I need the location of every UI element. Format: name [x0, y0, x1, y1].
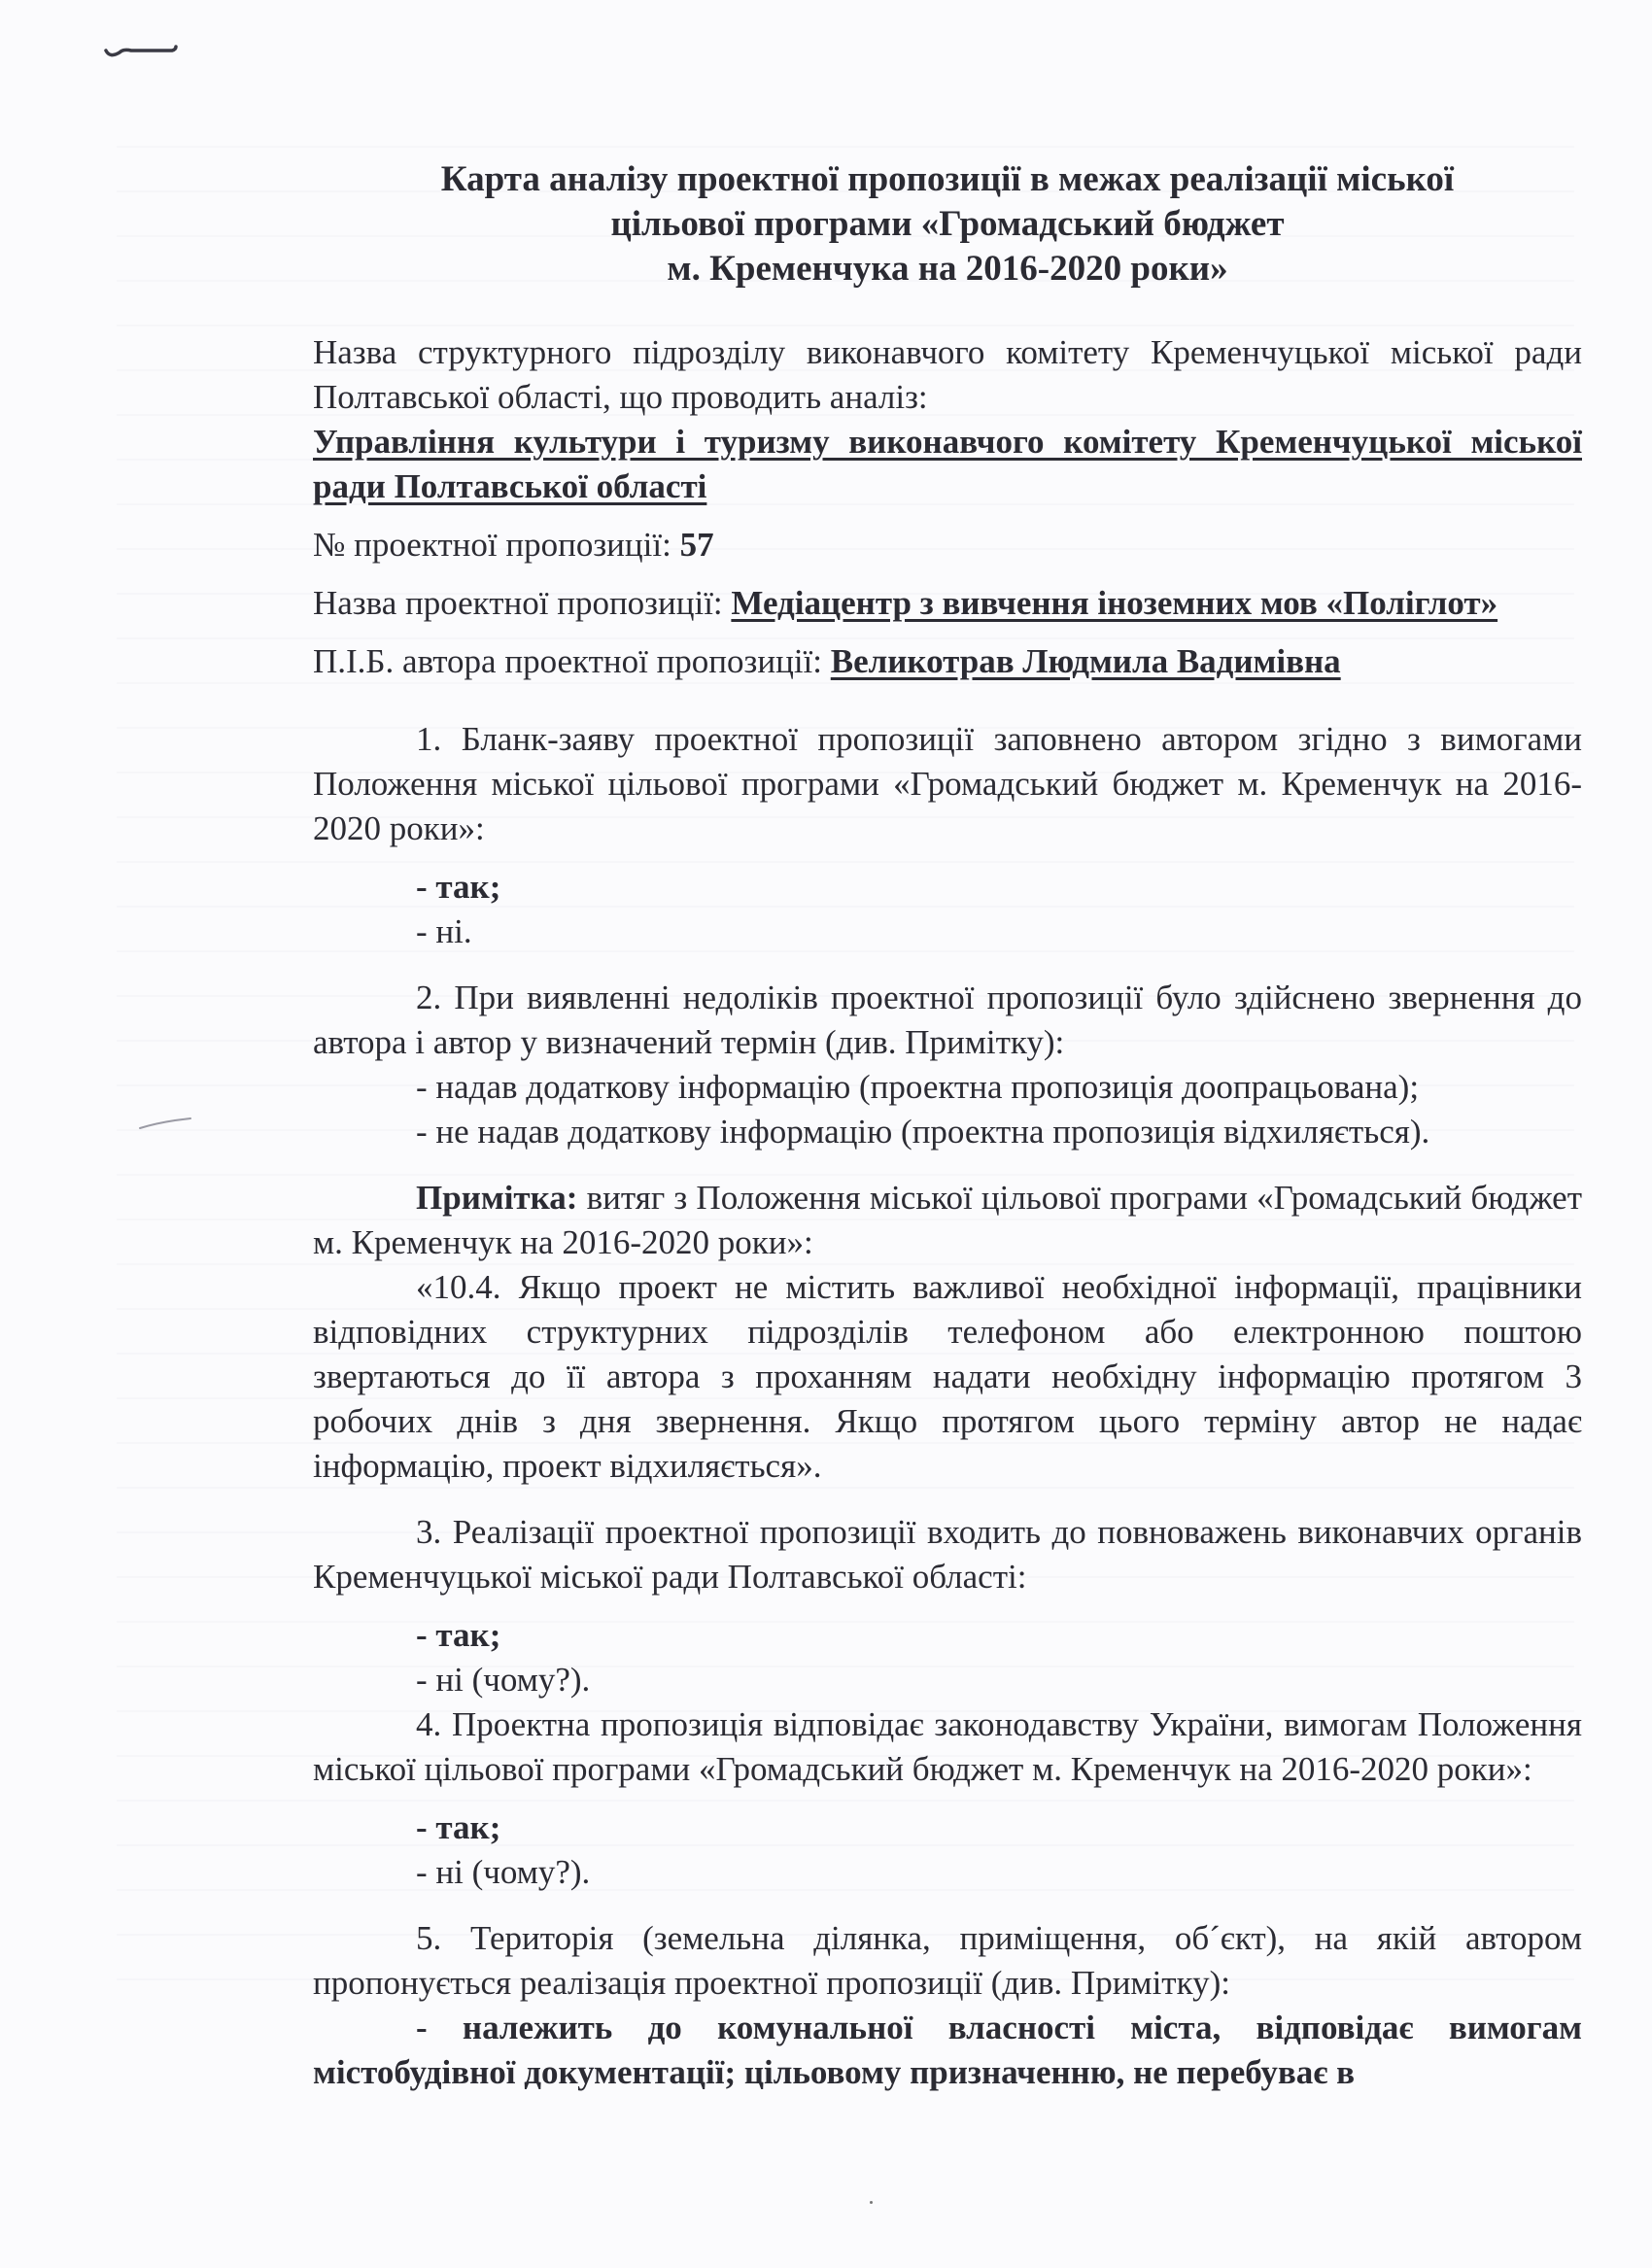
speck	[870, 2201, 873, 2204]
section-3-option-yes: - так;	[313, 1613, 1582, 1658]
author-value: Великотрав Людмила Вадимівна	[831, 642, 1341, 680]
department-value-text: Управління культури і туризму виконавчог…	[313, 423, 1582, 505]
document-body: Карта аналізу проектної пропозиції в меж…	[313, 157, 1582, 2095]
section-4-option-yes: - так;	[313, 1805, 1582, 1850]
author-label: П.І.Б. автора проектної пропозиції:	[313, 642, 822, 680]
title-line: м. Кременчука на 2016-2020 роки»	[313, 247, 1582, 292]
department-label: Назва структурного підрозділу виконавчог…	[313, 330, 1582, 420]
proposal-number-value: 57	[680, 526, 714, 564]
document-title: Карта аналізу проектної пропозиції в меж…	[313, 157, 1582, 292]
note-quote: «10.4. Якщо проект не містить важливої н…	[313, 1265, 1582, 1489]
scanned-page: Карта аналізу проектної пропозиції в меж…	[0, 0, 1652, 2268]
pen-stroke-icon	[136, 1117, 194, 1131]
section-4-text: 4. Проектна пропозиція відповідає законо…	[313, 1702, 1582, 1792]
section-3-option-no: - ні (чому?).	[313, 1658, 1582, 1702]
title-line: цільової програми «Громадський бюджет	[313, 202, 1582, 247]
section-2-option-not-provided: - не надав додаткову інформацію (проектн…	[313, 1110, 1582, 1154]
proposal-name-value: Медіацентр з вивчення іноземних мов «Пол…	[731, 584, 1497, 622]
section-5-option-communal: - належить до комунальної власності міст…	[313, 2006, 1582, 2095]
section-2-option-provided: - надав додаткову інформацію (проектна п…	[313, 1065, 1582, 1110]
proposal-name-row: Назва проектної пропозиції: Медіацентр з…	[313, 581, 1582, 626]
section-4-option-no: - ні (чому?).	[313, 1850, 1582, 1895]
department-value: Управління культури і туризму виконавчог…	[313, 420, 1582, 509]
proposal-number-row: № проектної пропозиції: 57	[313, 523, 1582, 567]
section-2-text: 2. При виявленні недоліків проектної про…	[313, 976, 1582, 1065]
section-3-text: 3. Реалізації проектної пропозиції входи…	[313, 1510, 1582, 1599]
proposal-number-label: № проектної пропозиції:	[313, 526, 671, 564]
section-1-option-no: - ні.	[313, 910, 1582, 954]
section-5-text: 5. Територія (земельна ділянка, приміщен…	[313, 1916, 1582, 2006]
note-label: Примітка:	[416, 1179, 577, 1217]
note-intro: Примітка: витяг з Положення міської ціль…	[313, 1176, 1582, 1265]
section-1-option-yes: - так;	[313, 865, 1582, 910]
author-row: П.І.Б. автора проектної пропозиції: Вели…	[313, 639, 1582, 684]
handwritten-mark-icon	[102, 41, 180, 58]
section-1-text: 1. Бланк-заяву проектної пропозиції запо…	[313, 717, 1582, 851]
proposal-name-label: Назва проектної пропозиції:	[313, 584, 723, 622]
title-line: Карта аналізу проектної пропозиції в меж…	[313, 157, 1582, 202]
